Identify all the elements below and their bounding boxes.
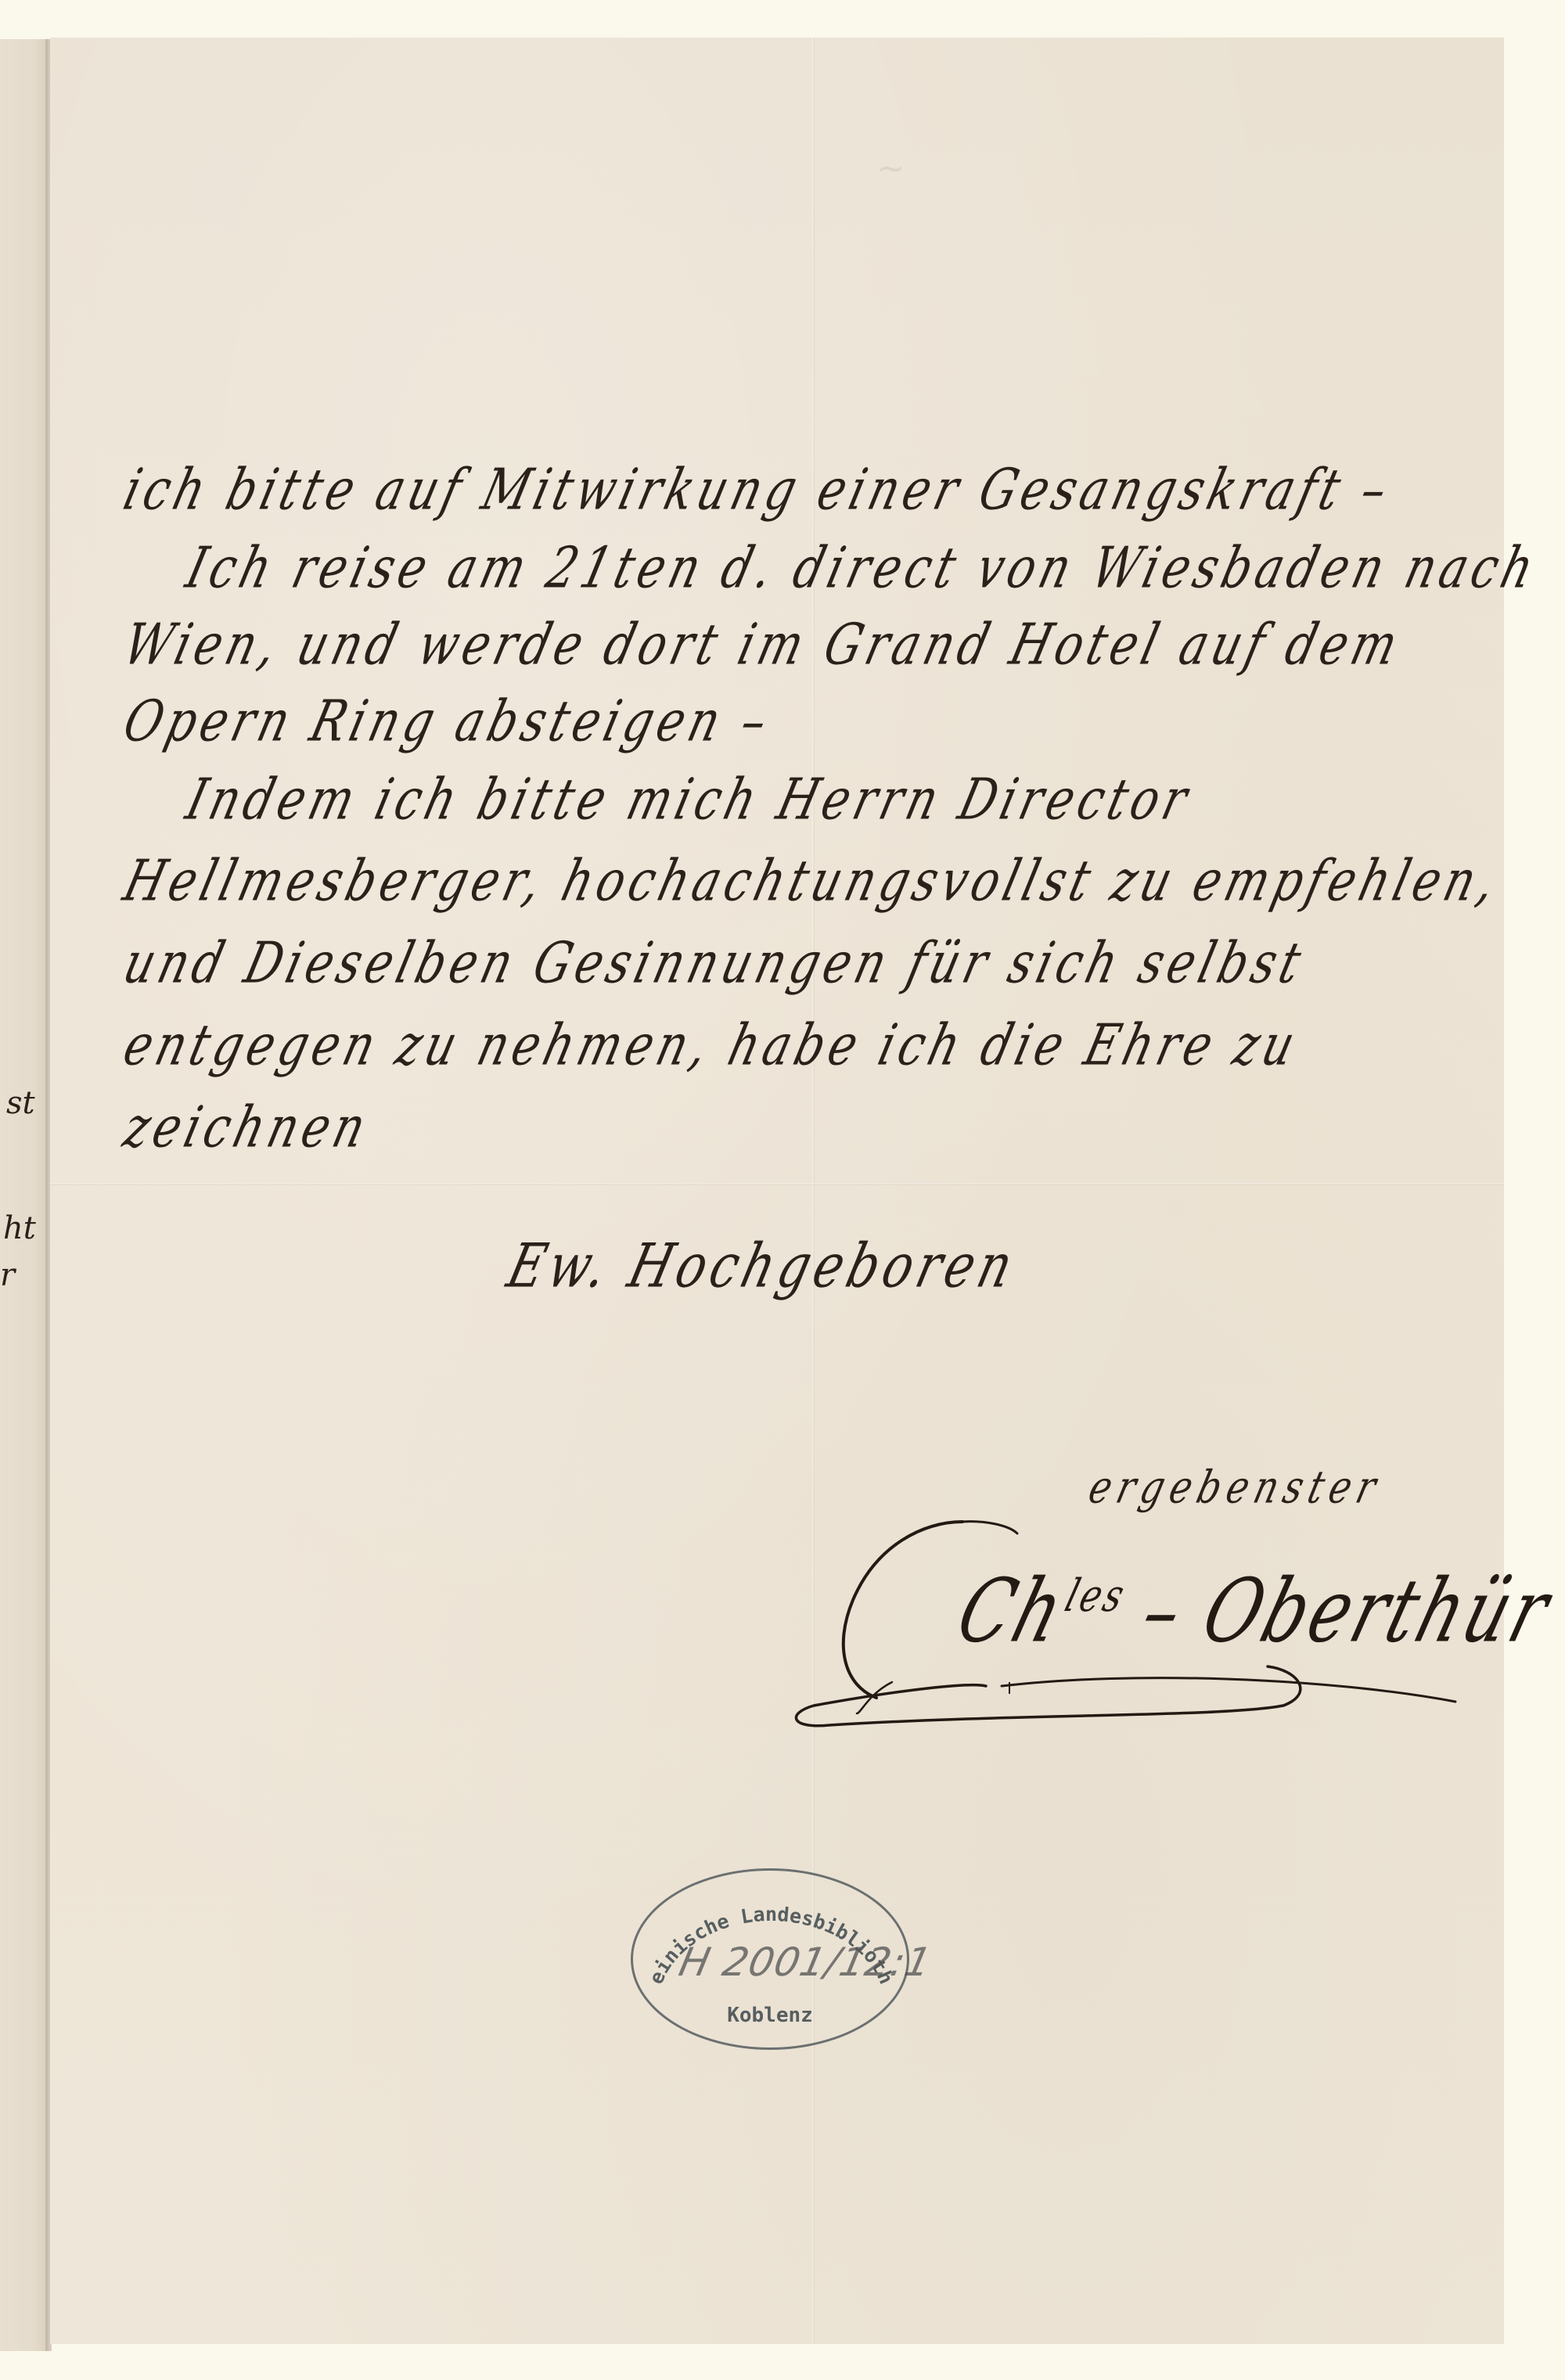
bleed-through-mark: ~ (876, 149, 905, 189)
signature-dash: – (1131, 1561, 1196, 1663)
signature-name: Chles – Oberthür (947, 1561, 1563, 1663)
letter-line: Wien, und werde dort im Grand Hotel auf … (117, 611, 1408, 678)
left-facing-page: st ht r (0, 39, 49, 2351)
left-page-fragment: ht (3, 1213, 36, 1244)
signature: Chles – Oberthür (782, 1490, 1487, 1733)
letter-line: Hellmesberger, hochachtungsvollst zu emp… (117, 847, 1506, 914)
letter-line: Opern Ring absteigen – (117, 688, 779, 754)
stamp-city: Koblenz (633, 2004, 907, 2027)
left-page-fragment: r (0, 1260, 15, 1291)
letter-line: zeichnen (117, 1094, 377, 1160)
letter-line: ich bitte auf Mitwirkung einer Gesangskr… (117, 456, 1398, 523)
letter-line: Indem ich bitte mich Herrn Director (180, 766, 1199, 832)
letter-line: Ich reise am 21ten d. direct von Wiesbad… (180, 534, 1545, 601)
signature-last: Oberthür (1193, 1561, 1563, 1663)
horizontal-fold-crease (50, 1183, 1504, 1185)
salutation: Ew. Hochgeboren (501, 1230, 1024, 1301)
left-page-fragment: st (6, 1088, 35, 1119)
letter-line: entgegen zu nehmen, habe ich die Ehre zu (117, 1012, 1306, 1078)
letter-line: und Dieselben Gesinnungen für sich selbs… (117, 929, 1312, 996)
stamp-shelfmark: H 2001/12:1 (675, 1940, 872, 1985)
library-stamp: Rheinische Landesbibliothek H 2001/12:1 … (631, 1868, 909, 2050)
